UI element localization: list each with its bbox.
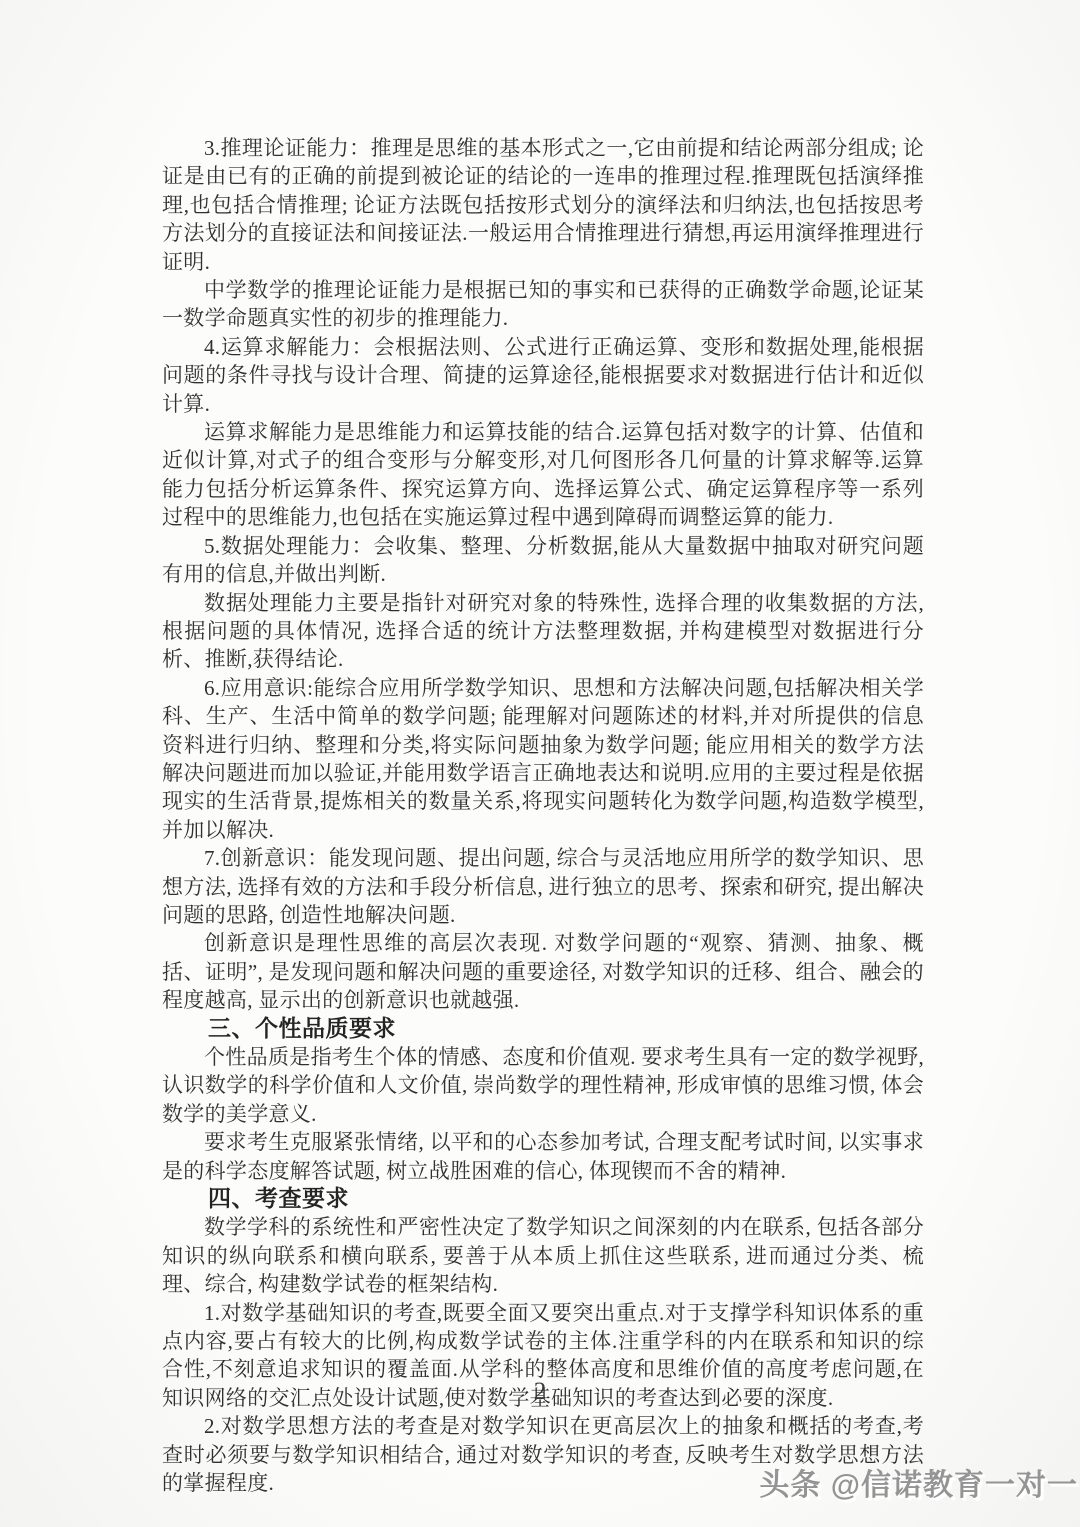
paragraph-innovation-definition: 创新意识是理性思维的高层次表现. 对数学问题的“观察、猜测、抽象、概括、证明”,… bbox=[162, 929, 924, 1014]
paragraph-personality-requirement: 要求考生克服紧张情绪, 以平和的心态参加考试, 合理支配考试时间, 以实事求是的… bbox=[162, 1128, 924, 1185]
paragraph-innovation-awareness: 7.创新意识：能发现问题、提出问题, 综合与灵活地应用所学的数学知识、思想方法,… bbox=[162, 844, 924, 929]
section-heading-examination: 四、考查要求 bbox=[162, 1185, 924, 1213]
watermark-text: 头条 @信诺教育一对一 bbox=[759, 1460, 1078, 1504]
paragraph-reasoning-definition: 中学数学的推理论证能力是根据已知的事实和已获得的正确数学命题,论证某一数学命题真… bbox=[162, 276, 924, 333]
paragraph-examination-overview: 数学学科的系统性和严密性决定了数学知识之间深刻的内在联系, 包括各部分知识的纵向… bbox=[162, 1213, 924, 1298]
paragraph-application-awareness: 6.应用意识:能综合应用所学数学知识、思想和方法解决问题,包括解决相关学科、生产… bbox=[162, 674, 924, 844]
section-heading-personality: 三、个性品质要求 bbox=[162, 1015, 924, 1043]
paragraph-computation-definition: 运算求解能力是思维能力和运算技能的结合.运算包括对数字的计算、估值和近似计算,对… bbox=[162, 418, 924, 532]
page-number: 2 bbox=[0, 1378, 1080, 1406]
paragraph-reasoning-ability: 3.推理论证能力：推理是思维的基本形式之一,它由前提和结论两部分组成; 论证是由… bbox=[162, 134, 924, 276]
paragraph-personality-definition: 个性品质是指考生个体的情感、态度和价值观. 要求考生具有一定的数学视野, 认识数… bbox=[162, 1043, 924, 1128]
document-body: 3.推理论证能力：推理是思维的基本形式之一,它由前提和结论两部分组成; 论证是由… bbox=[162, 134, 924, 1498]
paragraph-data-ability: 5.数据处理能力：会收集、整理、分析数据,能从大量数据中抽取对研究问题有用的信息… bbox=[162, 532, 924, 589]
paragraph-computation-ability: 4.运算求解能力：会根据法则、公式进行正确运算、变形和数据处理,能根据问题的条件… bbox=[162, 333, 924, 418]
document-page: 3.推理论证能力：推理是思维的基本形式之一,它由前提和结论两部分组成; 论证是由… bbox=[0, 0, 1080, 1527]
paragraph-data-definition: 数据处理能力主要是指针对研究对象的特殊性, 选择合理的收集数据的方法, 根据问题… bbox=[162, 589, 924, 674]
